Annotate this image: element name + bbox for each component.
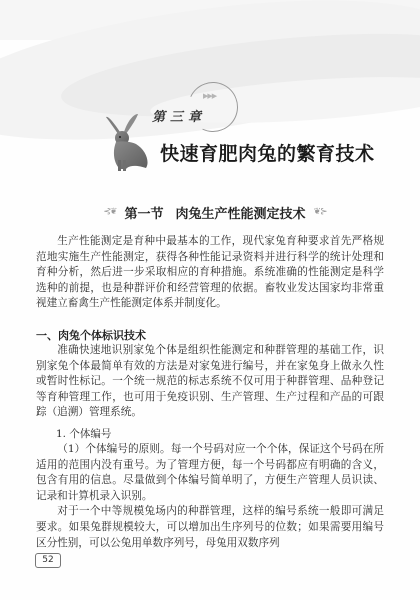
subsection-paragraph: 准确快速地识别家兔个体是组织性能测定和种群管理的基础工作，识别家兔个体最简单有效… bbox=[36, 343, 384, 421]
ornament-right-icon: ❦⊱ bbox=[314, 207, 327, 217]
rabbit-illustration bbox=[106, 112, 154, 172]
subsection-heading: 一、肉兔个体标识技术 bbox=[36, 327, 146, 343]
section-header: ⊰❦ 第一节肉兔生产性能测定技术 ❦⊱ bbox=[70, 203, 360, 221]
chapter-label: 第三章 bbox=[152, 106, 206, 125]
item-paragraph-2: 对于一个中等规模兔场内的种群管理，这样的编号系统一般即可满足要求。如果兔群规模较… bbox=[36, 504, 384, 551]
chapter-title: 快速育肥肉兔的繁育技术 bbox=[160, 139, 375, 166]
intro-paragraph: 生产性能测定是育种中最基本的工作，现代家兔育种要求首先严格规范地实施生产性能测定… bbox=[36, 234, 384, 312]
item-paragraph-1: （1）个体编号的原则。每一个号码对应一个个体，保证这个号码在所适用的范围内没有重… bbox=[36, 442, 384, 504]
book-page: ▶▶▶ 第三章 快速育肥肉兔的繁育技术 ⊰❦ 第一节肉兔生产性能测定技术 ❦⊱ … bbox=[0, 0, 420, 600]
section-title: 第一节肉兔生产性能测定技术 bbox=[124, 203, 305, 222]
item-heading: 1. 个体编号 bbox=[56, 426, 111, 441]
ornament-left-icon: ⊰❦ bbox=[103, 207, 116, 217]
item-text-block: （1）个体编号的原则。每一个号码对应一个个体，保证这个号码在所适用的范围内没有重… bbox=[36, 442, 384, 551]
triple-arrow-icon: ▶▶▶ bbox=[203, 92, 216, 100]
subsection-text-block: 准确快速地识别家兔个体是组织性能测定和种群管理的基础工作，识别家兔个体最简单有效… bbox=[36, 343, 384, 421]
section-name: 肉兔生产性能测定技术 bbox=[176, 207, 306, 222]
section-number: 第一节 bbox=[124, 207, 163, 222]
page-number: 52 bbox=[35, 553, 61, 568]
intro-text-block: 生产性能测定是育种中最基本的工作，现代家兔育种要求首先严格规范地实施生产性能测定… bbox=[36, 234, 384, 312]
